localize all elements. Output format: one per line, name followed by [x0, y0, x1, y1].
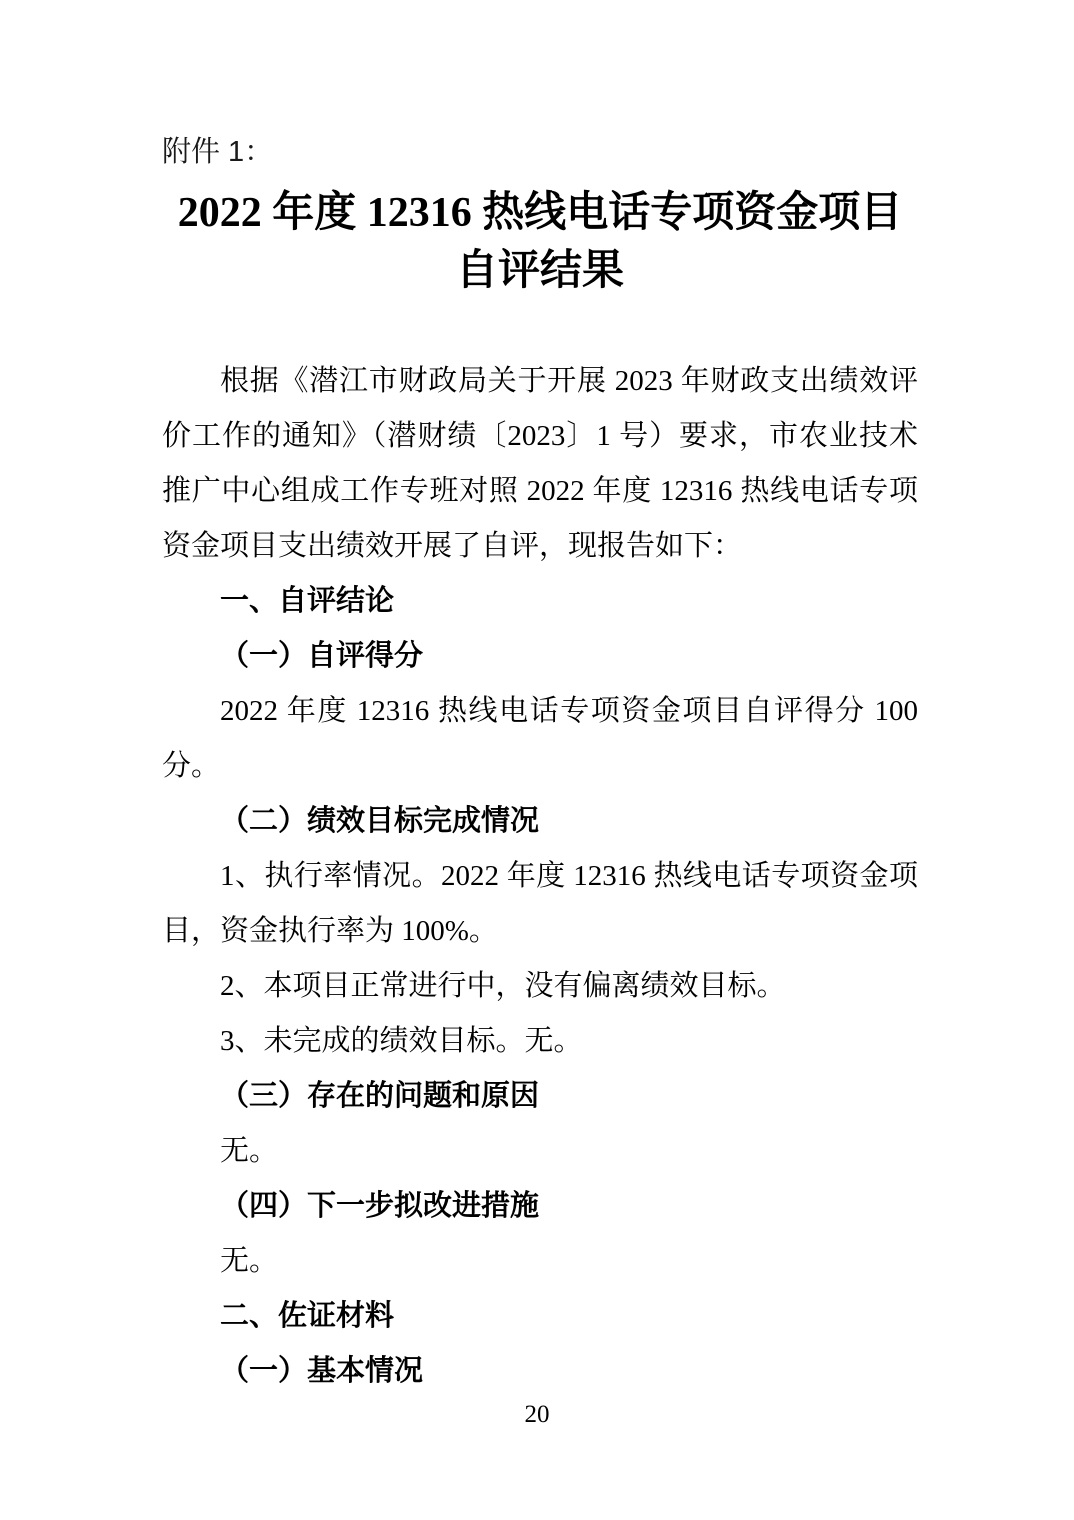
section-heading-level2: （一）自评得分	[162, 629, 918, 684]
document-page: 附件 1： 2022 年度 12316 热线电话专项资金项目 自评结果 根据《潜…	[0, 0, 1074, 1520]
paragraph: 2022 年度 12316 热线电话专项资金项目自评得分 100 分。	[162, 684, 918, 794]
section-heading-level2: （二）绩效目标完成情况	[162, 794, 918, 849]
paragraph: 2、本项目正常进行中，没有偏离绩效目标。	[162, 959, 918, 1014]
paragraph: 无。	[162, 1124, 918, 1179]
section-heading-level2: （三）存在的问题和原因	[162, 1069, 918, 1124]
document-title: 2022 年度 12316 热线电话专项资金项目 自评结果	[162, 184, 918, 300]
section-heading-level1: 二、佐证材料	[162, 1289, 918, 1344]
paragraph: 3、未完成的绩效目标。无。	[162, 1014, 918, 1069]
section-heading-level1: 一、自评结论	[162, 574, 918, 629]
document-title-line-1: 2022 年度 12316 热线电话专项资金项目	[162, 184, 918, 242]
attachment-label: 附件 1：	[162, 134, 918, 170]
section-heading-level2: （四）下一步拟改进措施	[162, 1179, 918, 1234]
paragraph: 根据《潜江市财政局关于开展 2023 年财政支出绩效评价工作的通知》（潜财绩〔2…	[162, 354, 918, 574]
page-number: 20	[0, 1398, 1074, 1432]
document-body: 根据《潜江市财政局关于开展 2023 年财政支出绩效评价工作的通知》（潜财绩〔2…	[162, 354, 918, 1399]
paragraph: 无。	[162, 1234, 918, 1289]
section-heading-level2: （一）基本情况	[162, 1344, 918, 1399]
document-title-line-2: 自评结果	[162, 242, 918, 300]
paragraph: 1、执行率情况。2022 年度 12316 热线电话专项资金项目，资金执行率为 …	[162, 849, 918, 959]
